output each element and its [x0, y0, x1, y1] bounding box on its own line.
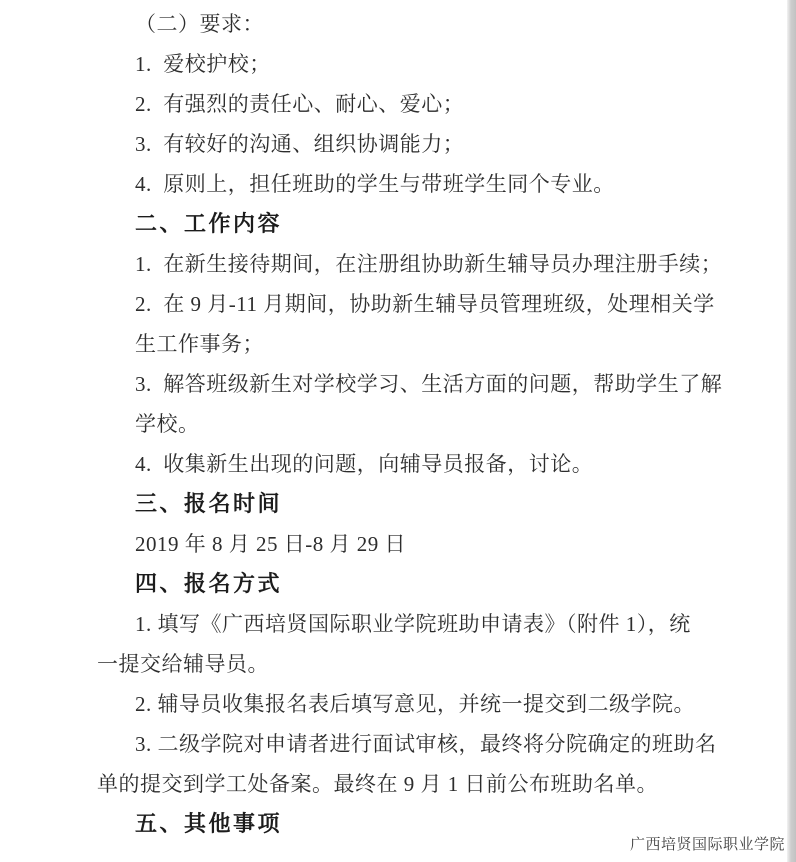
text-line: 2. 在 9 月-11 月期间，协助新生辅导员管理班级，处理相关学	[135, 284, 780, 324]
text-line: 3. 有较好的沟通、组织协调能力；	[135, 124, 780, 164]
text-line: 4. 原则上，担任班助的学生与带班学生同个专业。	[135, 164, 780, 204]
text-line: 2. 有强烈的责任心、耐心、爱心；	[135, 84, 780, 124]
section-heading: 四、报名方式	[135, 564, 780, 604]
watermark-school-name: 广西培贤国际职业学院	[630, 833, 785, 854]
text-line: 3. 解答班级新生对学校学习、生活方面的问题，帮助学生了解	[135, 364, 780, 404]
section-heading: 二、工作内容	[135, 204, 780, 244]
text-line: 一提交给辅导员。	[97, 644, 780, 684]
text-line: 1. 在新生接待期间，在注册组协助新生辅导员办理注册手续；	[135, 244, 780, 284]
text-line: 1. 爱校护校；	[135, 44, 780, 84]
text-line: 1. 填写《广西培贤国际职业学院班助申请表》（附件 1），统	[135, 604, 780, 644]
text-line: （二）要求：	[135, 4, 780, 44]
text-line: 3. 二级学院对申请者进行面试审核，最终将分院确定的班助名	[135, 724, 780, 764]
document-page: （二）要求：1. 爱校护校；2. 有强烈的责任心、耐心、爱心；3. 有较好的沟通…	[0, 0, 796, 862]
text-line: 4. 收集新生出现的问题，向辅导员报备，讨论。	[135, 444, 780, 484]
text-line: 单的提交到学工处备案。最终在 9 月 1 日前公布班助名单。	[97, 764, 780, 804]
text-line: 学校。	[135, 404, 780, 444]
text-line: 生工作事务；	[135, 324, 780, 364]
scrollbar-track[interactable]	[787, 0, 796, 862]
document-body: （二）要求：1. 爱校护校；2. 有强烈的责任心、耐心、爱心；3. 有较好的沟通…	[0, 4, 780, 844]
text-line: 2. 辅导员收集报名表后填写意见，并统一提交到二级学院。	[135, 684, 780, 724]
section-heading: 三、报名时间	[135, 484, 780, 524]
text-line: 2019 年 8 月 25 日-8 月 29 日	[135, 524, 780, 564]
